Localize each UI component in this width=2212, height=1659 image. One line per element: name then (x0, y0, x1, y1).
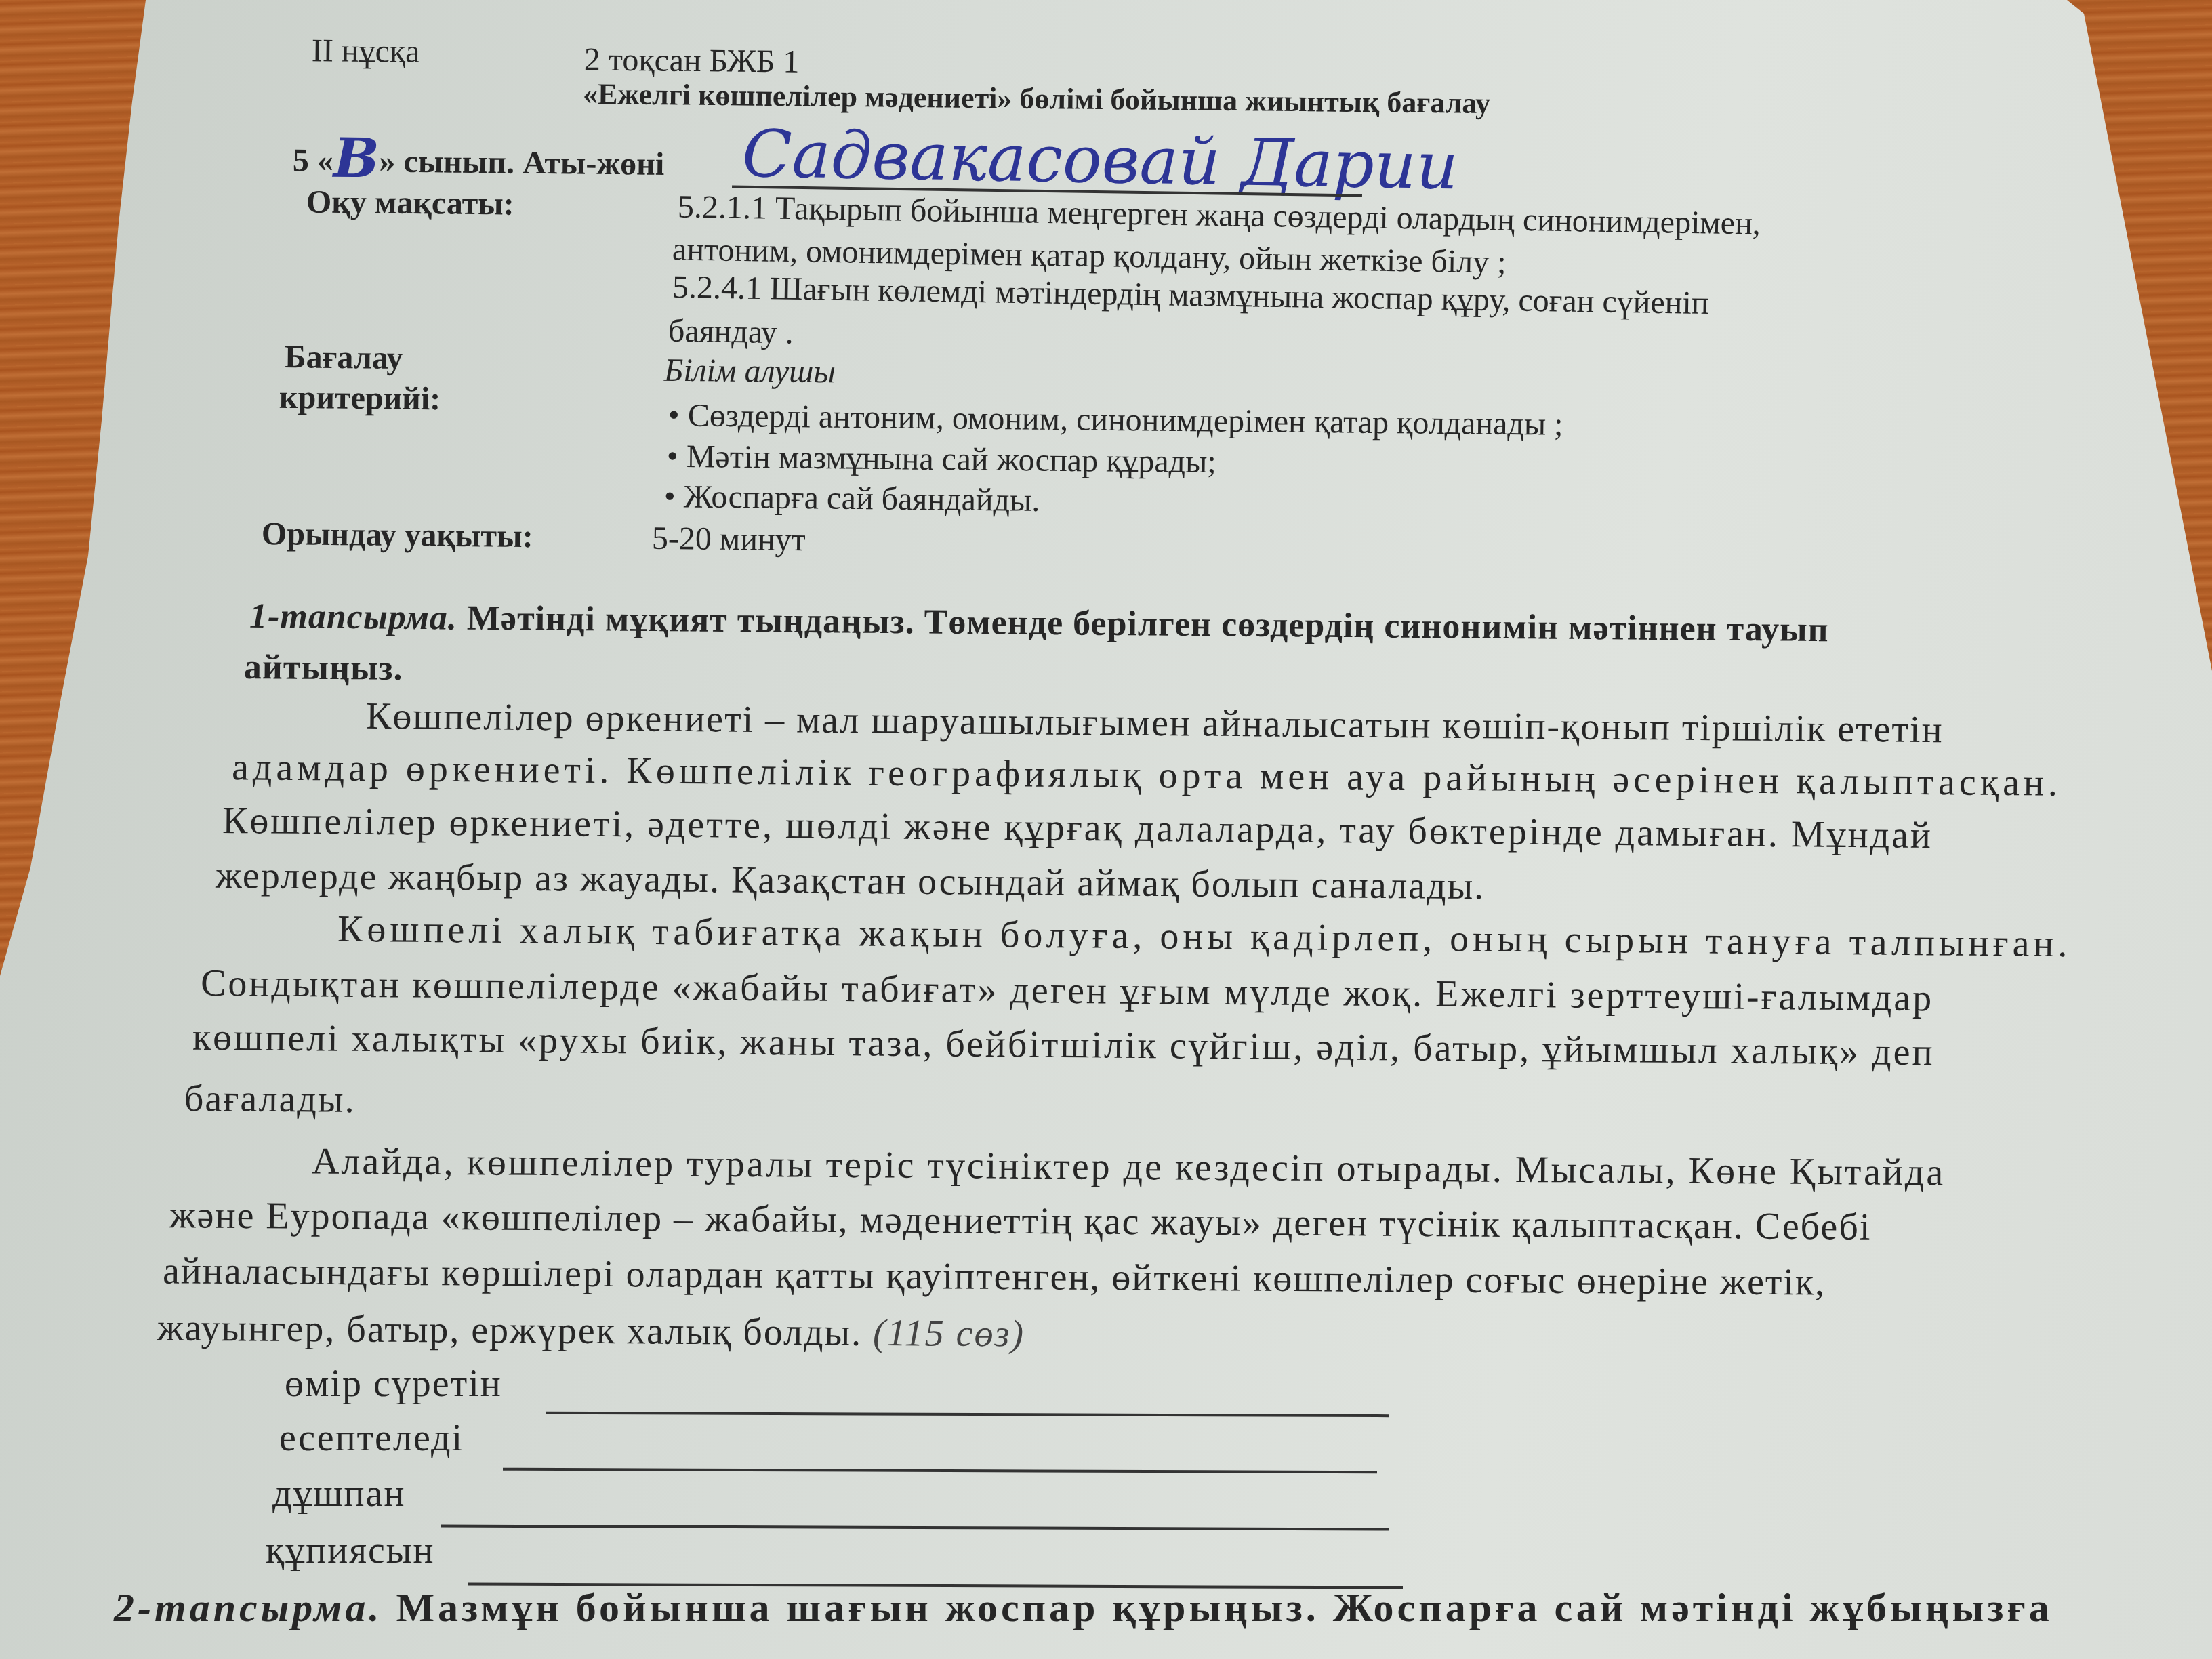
task1-number: 1-тапсырма. (249, 597, 457, 638)
synonym-prompt-1-word: өмір сүретін (285, 1362, 502, 1406)
paragraph3-line4: жауынгер, батыр, ержүрек халық болды. (1… (157, 1307, 1025, 1356)
synonym-prompt-2-word: есептеледі (279, 1416, 464, 1460)
paragraph3-line1: Алайда, көшпелілер туралы теріс түсінікт… (312, 1140, 1946, 1195)
synonym-answer-line-1[interactable] (546, 1412, 1389, 1417)
paragraph3-line2: және Еуропада «көшпелілер – жабайы, мәде… (169, 1193, 1872, 1249)
paragraph1-line2: адамдар өркениеті. Көшпелілік географиял… (232, 745, 2062, 805)
quarter-label: 2 тоқсан БЖБ 1 (584, 41, 800, 80)
criteria-intro: Білім алушы (664, 352, 836, 391)
criteria-label-line1: Бағалау (285, 338, 403, 377)
objective-line-4: баяндау . (668, 312, 794, 352)
paragraph1-line3: Көшпелілер өркениеті, әдетте, шөлді және… (222, 799, 1933, 857)
objective-line-3: 5.2.4.1 Шағын көлемді мәтіндердің мазмұн… (672, 268, 1709, 322)
class-letter-handwritten[interactable]: В (333, 126, 380, 190)
synonym-answer-line-3[interactable] (441, 1525, 1389, 1531)
paragraph2-line2: Сондықтан көшпелілерде «жабайы табиғат» … (201, 962, 1934, 1020)
variant-label: II нұсқа (312, 32, 420, 70)
paper-sheet: II нұсқа 2 тоқсан БЖБ 1 «Ежелгі көшпеліл… (0, 0, 2212, 1659)
synonym-prompt-4-word: құпиясын (266, 1529, 434, 1572)
criteria-item-2: • Мәтін мазмұнына сай жоспар құрады; (667, 438, 1216, 480)
task2-instruction: 2-тапсырма. Мазмұн бойынша шағын жоспар … (114, 1584, 2053, 1631)
paragraph1-line1: Көшпелілер өркениеті – мал шаруашылығыме… (366, 695, 1944, 752)
time-label: Орындау уақыты: (262, 515, 533, 555)
task1-instruction-line2: айтыңыз. (244, 647, 403, 689)
task1-instruction-line1: 1-тапсырма. Мәтінді мұқият тыңдаңыз. Төм… (249, 596, 1829, 650)
synonym-prompt-3-word: дұшпан (272, 1472, 405, 1515)
paragraph1-line4: жерлерде жаңбыр аз жауады. Қазақстан осы… (216, 854, 1486, 908)
worksheet: II нұсқа 2 тоқсан БЖБ 1 «Ежелгі көшпеліл… (0, 0, 2212, 1659)
word-count: (115 сөз) (873, 1312, 1025, 1355)
task2-number: 2-тапсырма. (114, 1585, 382, 1630)
criteria-label-line2: критерийі: (279, 379, 441, 417)
paragraph2-line4: бағалады. (184, 1077, 356, 1122)
class-prefix: 5 « (293, 142, 334, 179)
section-title: «Ежелгі көшпелілер мәдениеті» бөлімі бой… (583, 77, 1491, 121)
objectives-label: Оқу мақсаты: (306, 183, 514, 222)
synonym-answer-line-2[interactable] (503, 1468, 1377, 1474)
class-line: 5 «В» сынып. Аты-жөні (293, 120, 665, 188)
criteria-item-3: • Жоспарға сай баяндайды. (664, 478, 1040, 519)
paragraph2-line1: Көшпелі халық табиғатқа жақын болуға, он… (337, 907, 2072, 966)
paragraph3-line3: айналасындағы көршілері олардан қатты қа… (163, 1249, 1826, 1304)
time-value: 5-20 минут (652, 520, 806, 558)
criteria-item-1: • Сөздерді антоним, омоним, синонимдерім… (668, 396, 1563, 443)
paragraph2-line3: көшпелі халықты «рухы биік, жаны таза, б… (192, 1016, 1935, 1074)
class-suffix: » сынып. Аты-жөні (379, 143, 664, 182)
